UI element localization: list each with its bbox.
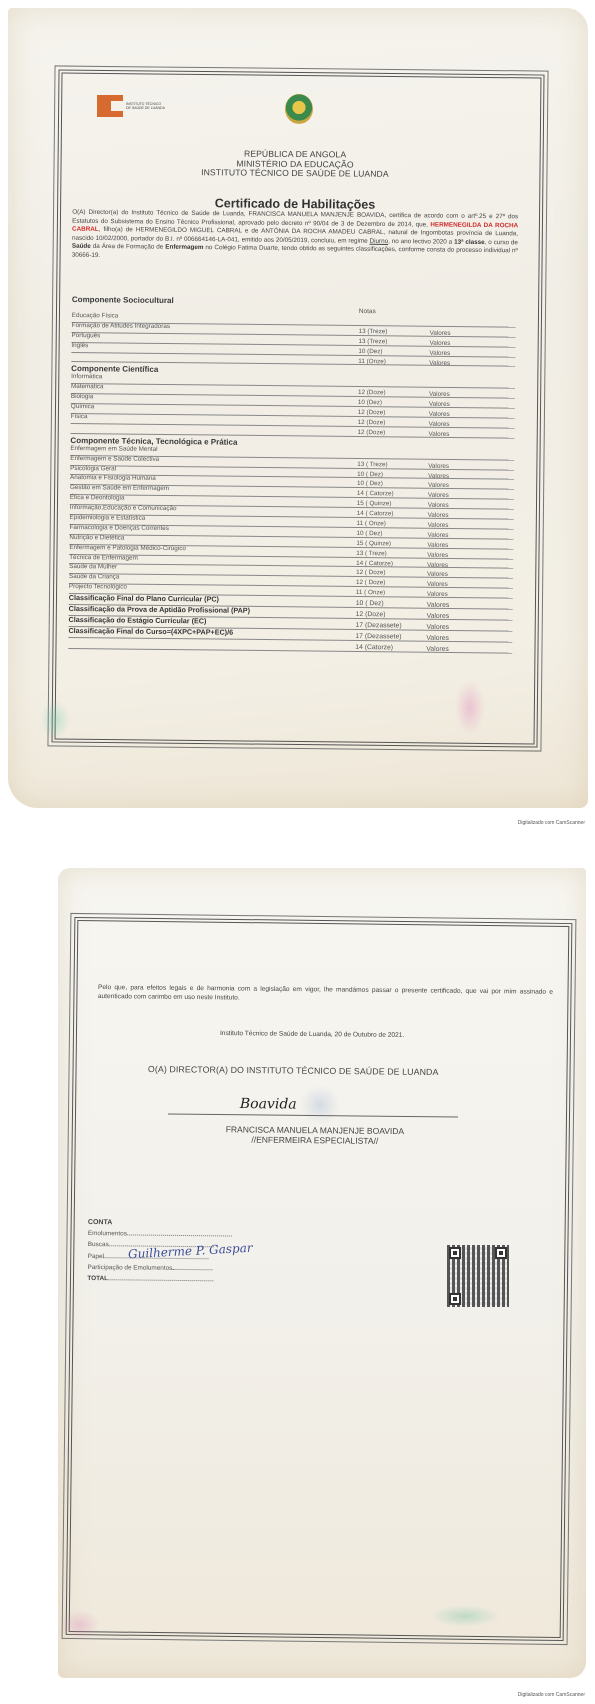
subject-name: Formação de Atitudes Integradoras	[72, 322, 170, 332]
subject-name: Técnica de Enfermagem	[69, 554, 138, 564]
grade-unit: Valores	[429, 359, 450, 368]
subject-name: Psicologia Geral	[70, 465, 116, 474]
grade-value: 14 (Catorze)	[355, 643, 393, 653]
subject-name: Inglês	[71, 342, 88, 351]
subject-name: Química	[71, 403, 95, 412]
subject-name: Saúde da Mulher	[69, 563, 117, 572]
qr-finder-icon	[449, 1293, 461, 1305]
subject-name: Biologia	[71, 393, 93, 402]
subject-name: Enfermagem e Saúde Colectiva	[70, 455, 159, 465]
dotted-leader	[108, 1273, 213, 1281]
fee-label: Buscas	[88, 1241, 109, 1248]
course: Saúde	[72, 243, 91, 250]
intro-text: , o curso de	[485, 239, 518, 246]
classe: 13ª classe	[454, 238, 485, 245]
institute-logo: INSTITUTO TÉCNICO DE SAÚDE DE LUANDA	[97, 95, 166, 117]
subject-name: Gestão em Saúde em Enfermagem	[70, 484, 169, 494]
ink-stain	[60, 1610, 100, 1640]
angola-emblem-icon	[285, 94, 313, 124]
grade-unit: Valores	[426, 645, 449, 655]
subject-name: Anatomia e Fisiologia Humana	[70, 474, 156, 484]
fee-total-line: TOTAL	[87, 1273, 287, 1286]
fee-label: Participação de Emolumentos	[87, 1264, 172, 1272]
grades-table: Componente SocioculturalNotasEducação Fí…	[68, 293, 516, 654]
regime: Diurno	[370, 238, 389, 245]
subject-name: Enfermagem e Patologia Médico-Cirúgico	[69, 544, 186, 554]
dotted-leader	[127, 1229, 232, 1237]
subject-name: Matemática	[71, 383, 104, 392]
scan-watermark: Digitalizado com CamScanner	[518, 1692, 585, 1698]
subject-name: Epidemiologia e Estatística	[70, 514, 146, 524]
signer-block: FRANCISCA MANUELA MANJENJE BOAVIDA //ENF…	[200, 1124, 430, 1146]
logo-mark-icon	[97, 95, 123, 117]
logo-text: INSTITUTO TÉCNICO DE SAÚDE DE LUANDA	[126, 102, 166, 110]
certificate-intro: O(A) Director(a) do Instituto Técnico de…	[72, 209, 519, 265]
subject-name: Classificação Final do Curso=(4XPC+PAP+E…	[68, 626, 233, 638]
intro-text: , no ano lectivo 2020 a	[388, 238, 454, 246]
fee-total-label: TOTAL	[87, 1275, 108, 1282]
document-heading: REPÚBLICA DE ANGOLA MINISTÉRIO DA EDUCAÇ…	[60, 148, 530, 181]
grade-value: 11 (Onze)	[358, 358, 386, 367]
subject-name: Ética e Deontologia	[70, 494, 125, 503]
subject-name: Nutrição e Dietética	[69, 534, 124, 543]
subject-name: Classificação da Prova de Aptidão Profis…	[69, 604, 250, 616]
qr-finder-icon	[495, 1247, 507, 1259]
intro-text: da Área de Formação de	[91, 243, 166, 251]
subject-name: Classificação Final do Plano Curricular …	[69, 593, 219, 605]
fee-label: Papel	[88, 1253, 104, 1260]
qr-finder-icon	[449, 1247, 461, 1259]
subject-name: Informação,Educação e Comunicação	[70, 504, 177, 514]
subject-name: Português	[72, 332, 101, 341]
subject-name: Educação Física	[72, 312, 119, 321]
ink-stain	[40, 700, 70, 740]
director-signature: Boavida	[240, 1096, 297, 1113]
subject-name: Saúde da Criança	[69, 573, 120, 582]
subject-name: Farmacologia e Doenças Correntes	[69, 524, 168, 534]
training-area: Enfermagem	[165, 244, 203, 251]
subject-name: Enfermagem em Saúde Mental	[70, 445, 157, 455]
institute-stamp-icon	[300, 1085, 340, 1125]
ink-stain	[430, 1605, 500, 1627]
subject-name: Projecto Tecnológico	[69, 583, 127, 593]
ink-stain	[455, 680, 485, 735]
scan-watermark: Digitalizado com CamScanner	[518, 820, 585, 826]
grade-unit: Valores	[428, 431, 449, 440]
notas-label: Notas	[359, 308, 376, 315]
subject-name: Classificação do Estágio Curricular (EC)	[69, 615, 207, 626]
grade-value: 12 (Doze)	[357, 429, 385, 438]
subject-name: Física	[71, 413, 88, 422]
fee-label: Emolumentos	[88, 1230, 127, 1237]
dotted-leader	[172, 1263, 212, 1270]
qr-code-icon	[447, 1245, 509, 1307]
subject-name: Informática	[71, 373, 102, 382]
